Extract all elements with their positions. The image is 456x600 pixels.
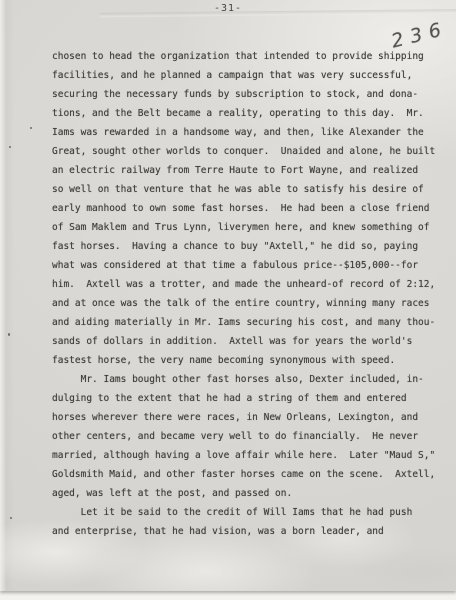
text-line: facilities, and he planned a campaign th…	[52, 66, 448, 85]
text-line: chosen to head the organization that int…	[52, 47, 448, 66]
text-line: aged, was left at the post, and passed o…	[52, 484, 448, 503]
text-line: other centers, and became very well to d…	[52, 427, 448, 446]
text-line: Goldsmith Maid, and other faster horses …	[52, 465, 448, 484]
text-line: dulging to the extent that he had a stri…	[52, 389, 448, 408]
text-line: early manhood to own some fast horses. H…	[52, 199, 448, 218]
text-line: and aiding materially in Mr. Iams securi…	[52, 313, 448, 332]
ink-speck	[10, 517, 12, 519]
typewritten-text: chosen to head the organization that int…	[52, 47, 448, 541]
scanned-document: -31- 236 chosen to head the organization…	[0, 0, 456, 600]
text-line: and at once was the talk of the entire c…	[52, 294, 448, 313]
text-line: sands of dollars in addition. Axtell was…	[52, 332, 448, 351]
ink-speck	[8, 333, 10, 336]
text-line: Iams was rewarded in a handsome way, and…	[52, 123, 448, 142]
text-line: what was considered at that time a fabul…	[52, 256, 448, 275]
page-number: -31-	[0, 3, 456, 14]
text-line: securing the necessary funds by subscrip…	[52, 85, 448, 104]
text-line: an electric railway from Terre Haute to …	[52, 161, 448, 180]
text-line: fastest horse, the very name becoming sy…	[52, 351, 448, 370]
text-line: horses wherever there were races, in New…	[52, 408, 448, 427]
text-line: married, although having a love affair w…	[52, 446, 448, 465]
document-page: -31- 236 chosen to head the organization…	[0, 0, 456, 591]
text-line: him. Axtell was a trotter, and made the …	[52, 275, 448, 294]
text-line: Let it be said to the credit of Will Iam…	[52, 503, 448, 522]
text-line: Great, sought other worlds to conquer. U…	[52, 142, 448, 161]
text-line: and enterprise, that he had vision, was …	[52, 522, 448, 541]
text-line: tions, and the Belt became a reality, op…	[52, 104, 448, 123]
ink-speck	[9, 146, 11, 148]
text-line: fast horses. Having a chance to buy "Axt…	[52, 237, 448, 256]
text-line: so well on that venture that he was able…	[52, 180, 448, 199]
text-line: of Sam Maklem and Trus Lynn, liverymen h…	[52, 218, 448, 237]
text-line: Mr. Iams bought other fast horses also, …	[52, 370, 448, 389]
ink-speck	[30, 127, 32, 129]
